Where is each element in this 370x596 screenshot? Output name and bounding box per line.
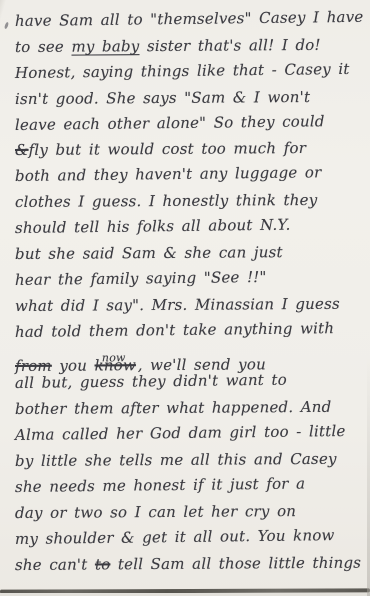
handwritten-text: all but, guess they didn't want to: [15, 371, 287, 392]
handwritten-text: sister that's all! I do!: [139, 36, 320, 55]
handwritten-text: tell Sam all those little things: [110, 553, 361, 573]
handwritten-text: had told them don't take anything with: [15, 319, 334, 341]
letter-line: Honest, saying things like that - Casey …: [15, 56, 368, 86]
handwritten-text: she can't: [15, 555, 95, 574]
handwritten-text: but she said Sam & she can just: [15, 243, 283, 263]
letter-line: all but, guess they didn't want to: [15, 367, 368, 397]
inserted-text: now: [102, 351, 126, 364]
handwritten-text: clothes I guess. I honestly think they: [15, 191, 317, 211]
letter-line: my shoulder & get it all out. You know: [15, 523, 368, 553]
letter-line: she needs me honest if it just for a: [15, 471, 368, 501]
letter-body: have Sam all to "themselves" Casey I hav…: [15, 9, 368, 579]
letter-line: both and they haven't any luggage or: [15, 160, 368, 190]
handwritten-text: fly but it would cost too much for: [28, 139, 306, 159]
letter-line: leave each other alone" So they could: [15, 108, 368, 138]
handwritten-text: she needs me honest if it just for a: [15, 474, 305, 496]
letter-line: had told them don't take anything with: [15, 315, 368, 345]
handwritten-text: should tell his folks all about N.Y.: [15, 216, 291, 237]
handwritten-text: Honest, saying things like that - Casey …: [15, 60, 350, 82]
handwritten-text: hear the family saying "See !!": [15, 268, 267, 289]
handwritten-text: bother them after what happened. And: [15, 398, 332, 418]
handwritten-text: my shoulder & get it all out. You know: [15, 526, 335, 548]
letter-line: she can't to tell Sam all those little t…: [15, 550, 368, 578]
crossed-out-text: to: [95, 555, 111, 573]
crossed-out-text: &: [15, 141, 29, 159]
handwritten-text: both and they haven't any luggage or: [15, 164, 322, 186]
handwritten-text: what did I say". Mrs. Minassian I guess: [15, 295, 340, 315]
handwritten-text: day or two so I can let her cry on: [15, 502, 296, 522]
handwritten-text: my baby: [71, 37, 139, 55]
letter-line: should tell his folks all about N.Y.: [15, 212, 368, 242]
letter-page: have Sam all to "themselves" Casey I hav…: [0, 0, 370, 596]
letter-line: hear the family saying "See !!": [15, 264, 368, 294]
handwritten-text: Alma called her God dam girl too - littl…: [15, 422, 346, 444]
handwritten-text: leave each other alone" So they could: [15, 112, 325, 134]
letter-line: isn't good. She says "Sam & I won't: [15, 84, 368, 112]
letter-line: have Sam all to "themselves" Casey I hav…: [15, 5, 368, 35]
ink-speck: [4, 22, 9, 30]
handwritten-text: by little she tells me all this and Case…: [15, 450, 337, 470]
letter-line: Alma called her God dam girl too - littl…: [15, 419, 368, 449]
handwritten-text: to see: [15, 37, 72, 55]
handwritten-text: isn't good. She says "Sam & I won't: [15, 88, 310, 108]
handwritten-text: have Sam all to "themselves" Casey I hav…: [15, 8, 364, 30]
